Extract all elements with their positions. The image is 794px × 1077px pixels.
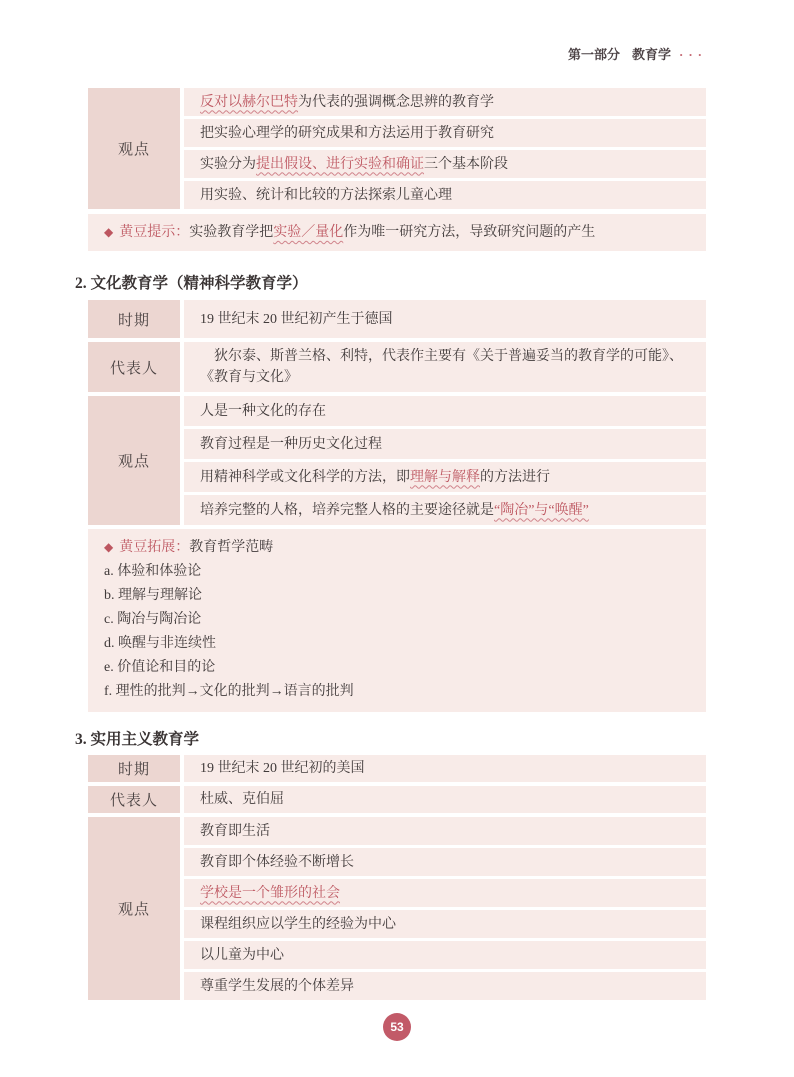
cell-text: 用精神科学或文化科学的方法，即 [200,470,410,485]
tip-label: 黄豆提示： [119,225,189,240]
cell-text: 的方法进行 [480,470,550,485]
row-label-viewpoint: 观点 [88,817,180,1000]
cell-text: 把实验心理学的研究成果和方法运用于教育研究 [200,126,494,141]
row-label-viewpoint: 观点 [88,396,180,525]
table-row-period: 时期 19 世纪末 20 世纪初的美国 [88,755,706,782]
table-cell: 教育即个体经验不断增长 [184,848,706,876]
table-experimental-pedagogy: 观点 反对以赫尔巴特为代表的强调概念思辨的教育学 把实验心理学的研究成果和方法运… [88,88,706,209]
table-row-period: 时期 19 世纪末 20 世纪初产生于德国 [88,300,706,338]
viewpoint-cells: 人是一种文化的存在 教育过程是一种历史文化过程 用精神科学或文化科学的方法，即理… [184,396,706,525]
highlighted-term: 提出假设、进行实验和确证 [256,157,424,172]
tip-text: 实验教育学把 [189,225,273,240]
list-item: a. 体验和体验论 [104,560,698,584]
table-row-viewpoint: 观点 反对以赫尔巴特为代表的强调概念思辨的教育学 把实验心理学的研究成果和方法运… [88,88,706,209]
viewpoint-cells: 教育即生活 教育即个体经验不断增长 学校是一个雏形的社会 课程组织应以学生的经验… [184,817,706,1000]
table-cell: 狄尔泰、斯普兰格、利特，代表作主要有《关于普遍妥当的教育学的可能》、《教育与文化… [184,342,706,392]
cell-text: 人是一种文化的存在 [200,404,326,419]
highlighted-term: 理解与解释 [410,470,480,485]
table-cell: 19 世纪末 20 世纪初的美国 [184,755,706,782]
cell-text: 教育即个体经验不断增长 [200,855,354,870]
table-cell: 实验分为提出假设、进行实验和确证三个基本阶段 [184,150,706,178]
table-cell: 学校是一个雏形的社会 [184,879,706,907]
viewpoint-cells: 反对以赫尔巴特为代表的强调概念思辨的教育学 把实验心理学的研究成果和方法运用于教… [184,88,706,209]
list-item: d. 唤醒与非连续性 [104,632,698,656]
table-cell: 杜威、克伯屈 [184,786,706,813]
cell-text: 杜威、克伯屈 [200,792,284,807]
cell-text: 教育过程是一种历史文化过程 [200,437,382,452]
table-cell: 反对以赫尔巴特为代表的强调概念思辨的教育学 [184,88,706,116]
cell-text: 狄尔泰、斯普兰格、利特，代表作主要有《关于普遍妥当的教育学的可能》、《教育与文化… [200,346,698,388]
table-row-viewpoint: 观点 人是一种文化的存在 教育过程是一种历史文化过程 用精神科学或文化科学的方法… [88,396,706,525]
row-label-representatives: 代表人 [88,342,180,392]
list-item: b. 理解与理解论 [104,584,698,608]
list-item: e. 价值论和目的论 [104,656,698,680]
tip-text: 作为唯一研究方法，导致研究问题的产生 [343,225,595,240]
table-cell: 以儿童为中心 [184,941,706,969]
table-cell: 用实验、统计和比较的方法探索儿童心理 [184,181,706,209]
table-cell: 用精神科学或文化科学的方法，即理解与解释的方法进行 [184,462,706,492]
row-label-viewpoint: 观点 [88,88,180,209]
row-label-period: 时期 [88,755,180,782]
cell-text: 用实验、统计和比较的方法探索儿童心理 [200,188,452,203]
huangdou-tip-block: ◆黄豆提示：实验教育学把实验／量化作为唯一研究方法，导致研究问题的产生 [88,214,706,251]
table-cell: 人是一种文化的存在 [184,396,706,426]
cell-text: 19 世纪末 20 世纪初的美国 [200,761,365,776]
expansion-intro: 教育哲学范畴 [189,540,273,555]
cell-text: 尊重学生发展的个体差异 [200,979,354,994]
table-cell: 把实验心理学的研究成果和方法运用于教育研究 [184,119,706,147]
page-number-badge: 53 [383,1013,411,1041]
cell-text: 19 世纪末 20 世纪初产生于德国 [200,312,393,327]
cell-text: 以儿童为中心 [200,948,284,963]
cell-text: 三个基本阶段 [424,157,508,172]
row-label-representatives: 代表人 [88,786,180,813]
textbook-page: 第一部分教育学··· 观点 反对以赫尔巴特为代表的强调概念思辨的教育学 把实验心… [0,0,794,1077]
list-item: f. 理性的批判→文化的批判→语言的批判 [104,680,698,704]
table-row-representatives: 代表人 杜威、克伯屈 [88,786,706,813]
page-content: 观点 反对以赫尔巴特为代表的强调概念思辨的教育学 把实验心理学的研究成果和方法运… [88,0,706,1000]
table-pragmatist-pedagogy: 时期 19 世纪末 20 世纪初的美国 代表人 杜威、克伯屈 观点 教育即生活 … [88,755,706,1000]
row-label-period: 时期 [88,300,180,338]
cell-text: 培养完整的人格，培养完整人格的主要途径就是 [200,503,494,518]
cell-text: 教育即生活 [200,824,270,839]
huangdou-expansion-block: ◆黄豆拓展：教育哲学范畴 a. 体验和体验论 b. 理解与理解论 c. 陶冶与陶… [88,529,706,712]
table-row-viewpoint: 观点 教育即生活 教育即个体经验不断增长 学校是一个雏形的社会 课程组织应以学生… [88,817,706,1000]
cell-text: 实验分为 [200,157,256,172]
section-heading-cultural-pedagogy: 2. 文化教育学（精神科学教育学） [75,271,706,293]
table-row-representatives: 代表人 狄尔泰、斯普兰格、利特，代表作主要有《关于普遍妥当的教育学的可能》、《教… [88,342,706,392]
table-cell: 19 世纪末 20 世纪初产生于德国 [184,300,706,338]
highlighted-term: 反对以赫尔巴特 [200,95,298,110]
list-item: c. 陶冶与陶冶论 [104,608,698,632]
cell-text: 为代表的强调概念思辨的教育学 [298,95,494,110]
section-heading-pragmatist-pedagogy: 3. 实用主义教育学 [75,727,706,749]
diamond-bullet-icon: ◆ [104,540,113,554]
highlighted-term: 学校是一个雏形的社会 [200,886,340,901]
expansion-header: ◆黄豆拓展：教育哲学范畴 [104,535,698,560]
highlighted-term: “陶冶”与“唤醒” [494,503,589,518]
cell-text: 课程组织应以学生的经验为中心 [200,917,396,932]
expansion-label: 黄豆拓展： [119,540,189,555]
table-cultural-pedagogy: 时期 19 世纪末 20 世纪初产生于德国 代表人 狄尔泰、斯普兰格、利特，代表… [88,300,706,525]
table-cell: 尊重学生发展的个体差异 [184,972,706,1000]
diamond-bullet-icon: ◆ [104,225,113,239]
table-cell: 教育即生活 [184,817,706,845]
table-cell: 教育过程是一种历史文化过程 [184,429,706,459]
highlighted-term: 实验／量化 [273,225,343,240]
table-cell: 课程组织应以学生的经验为中心 [184,910,706,938]
table-cell: 培养完整的人格，培养完整人格的主要途径就是“陶冶”与“唤醒” [184,495,706,525]
